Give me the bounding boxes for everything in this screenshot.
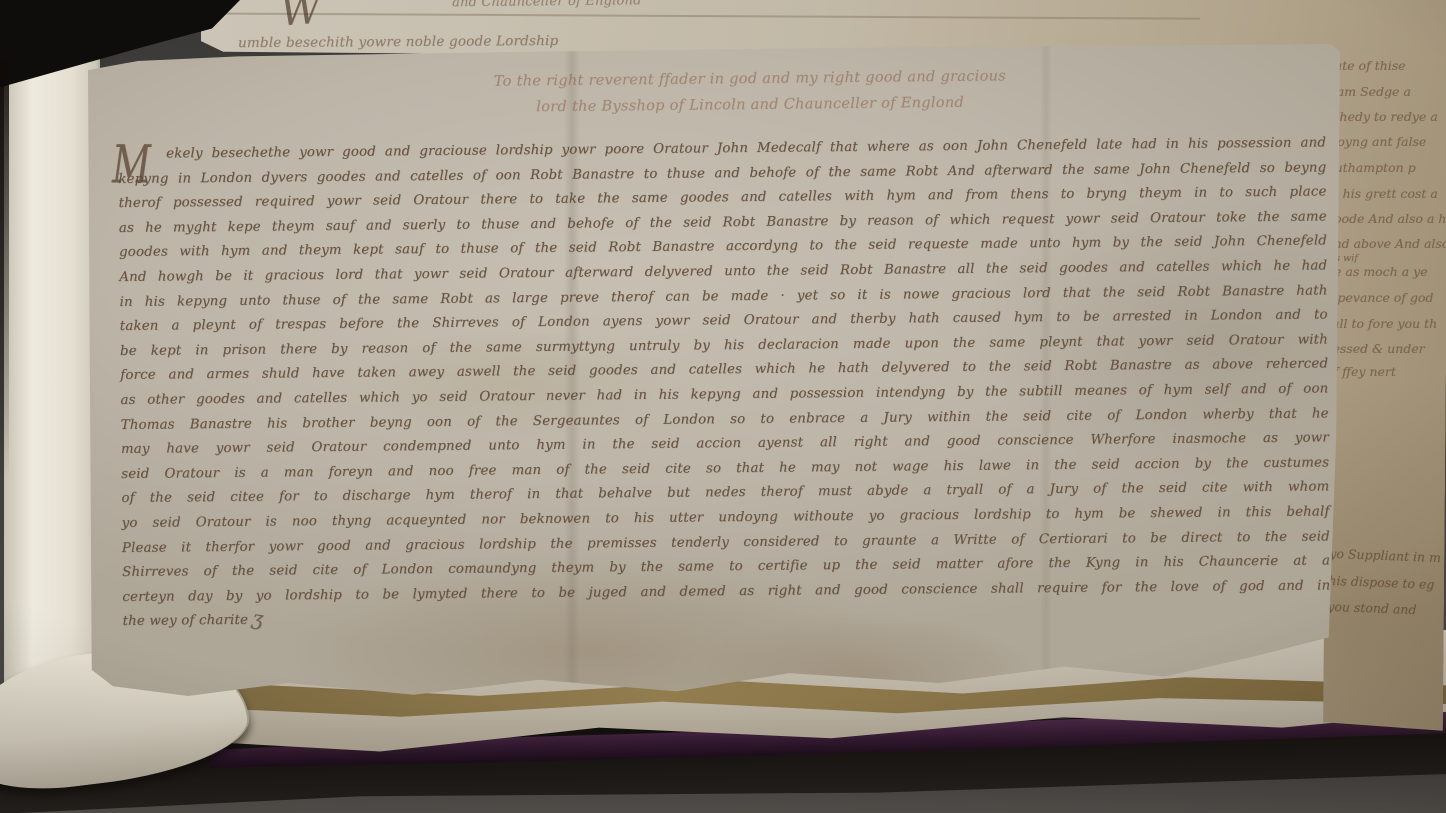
photo-left-edge-shadow [0,60,9,480]
under-sheet-bottom-fragment: yo Suppliant in m his dispose to eg you … [1326,546,1446,634]
fragment-line: you stond and [1327,599,1417,617]
under-sheet-right-column: nute of thise wam Sedge a schedy to redy… [1326,50,1446,380]
petition-body: ekely besechethe yowr good and graciouse… [118,131,1331,634]
manuscript-photo: and Chaunceller of Englond W umble besec… [0,0,1446,813]
fragment-line: his dispose to eg [1328,573,1435,592]
petition-heading: To the right reverent ffader in god and … [420,63,1081,122]
fragment-line: sessed & under [1326,341,1425,356]
page-fore-edge [4,0,100,700]
fragment-line: schedy to redye a [1326,109,1438,124]
fragment-line: and above And also p [1326,236,1446,251]
fragment-line: rall to fore you th [1326,316,1437,331]
fragment-line: goode And also a h [1326,211,1446,226]
fragment-line: lie as moch a ye [1326,264,1428,279]
fragment-line: yo Suppliant in m [1329,546,1441,565]
fragment-flourish-initial: W [278,0,322,35]
fragment-line: Suthampton p [1326,160,1416,175]
fragment-line: e pevance of god [1326,290,1433,305]
fragment-line: to his grett cost a [1326,186,1438,201]
fragment-line: ejoyng ant false [1326,134,1426,149]
